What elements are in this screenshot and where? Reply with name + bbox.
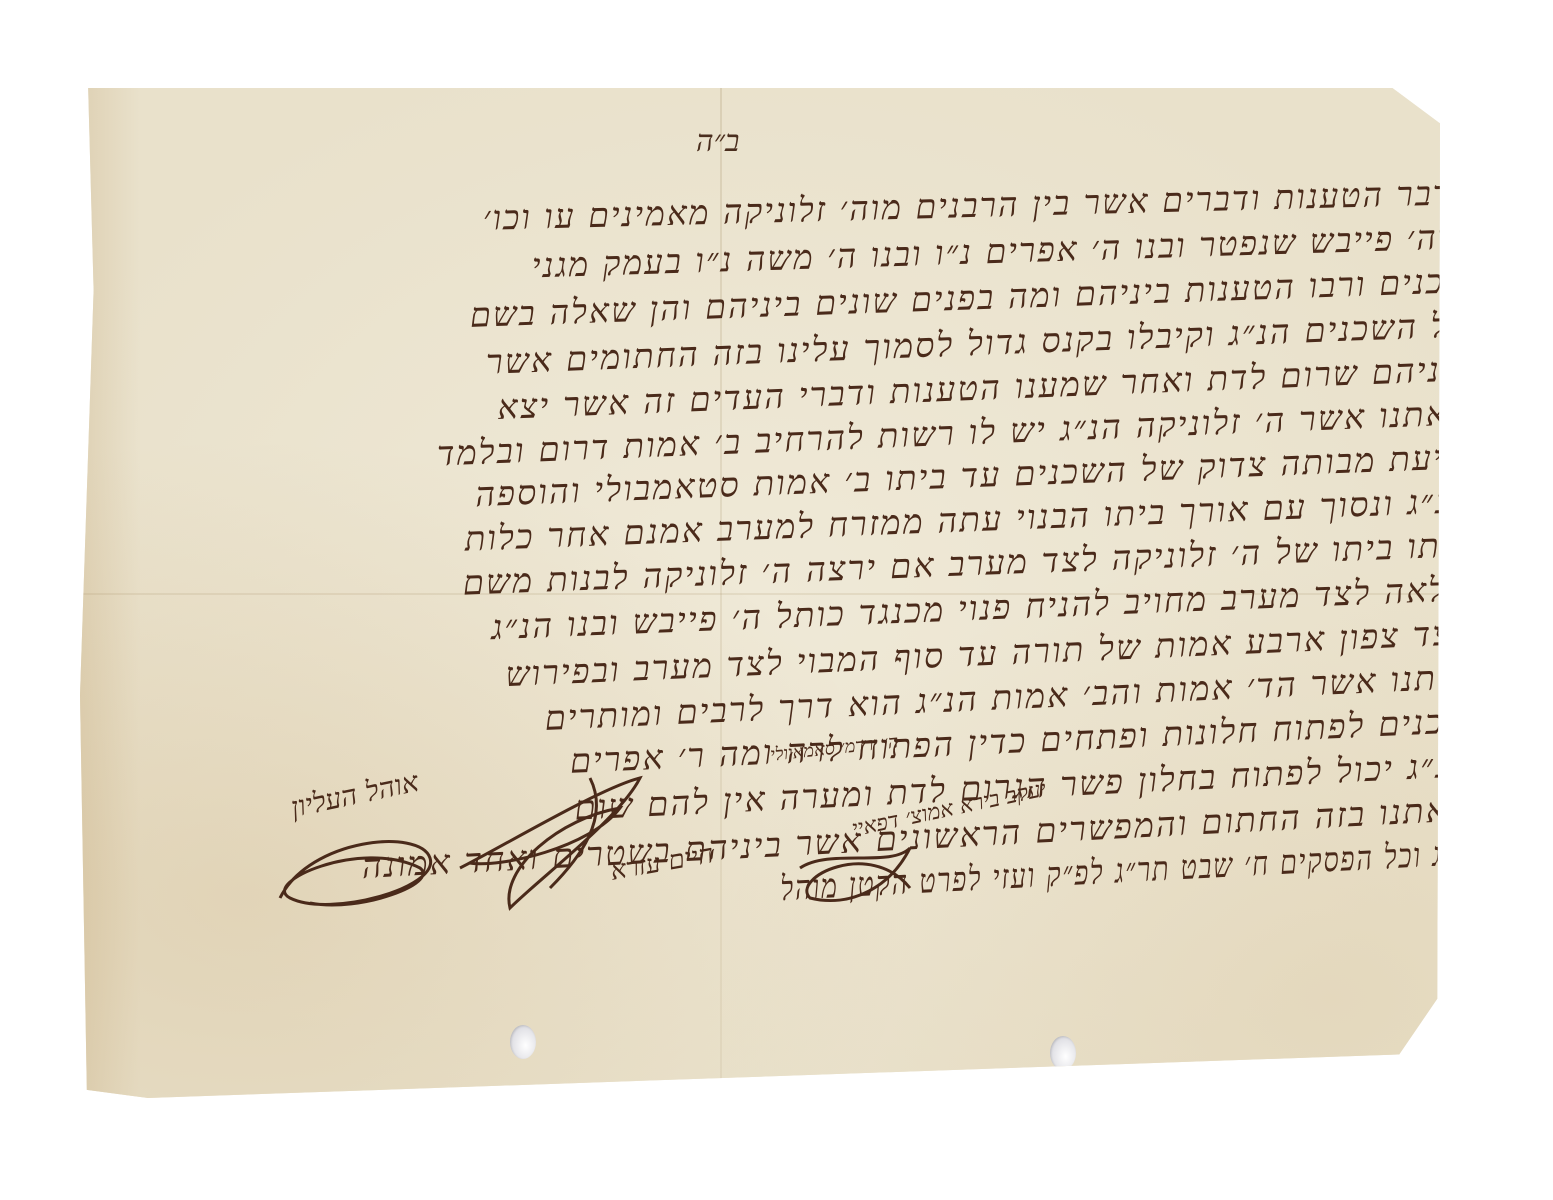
signature-flourish-right: [790, 808, 930, 918]
punched-hole-right: [1050, 1036, 1076, 1070]
manuscript-sheet: ב״ה בדבר הטענות ודברים אשר בין הרבנים מו…: [80, 88, 1440, 1100]
heading-bh: ב״ה: [696, 124, 739, 159]
punched-hole-left: [510, 1025, 536, 1059]
signature-flourish-middle: [440, 758, 660, 918]
signature-flourish-left: [270, 798, 450, 918]
signature-block: יעקב בירא אמוצ׳ דפאיי חיים עזרא אוהל העל…: [250, 738, 1150, 938]
